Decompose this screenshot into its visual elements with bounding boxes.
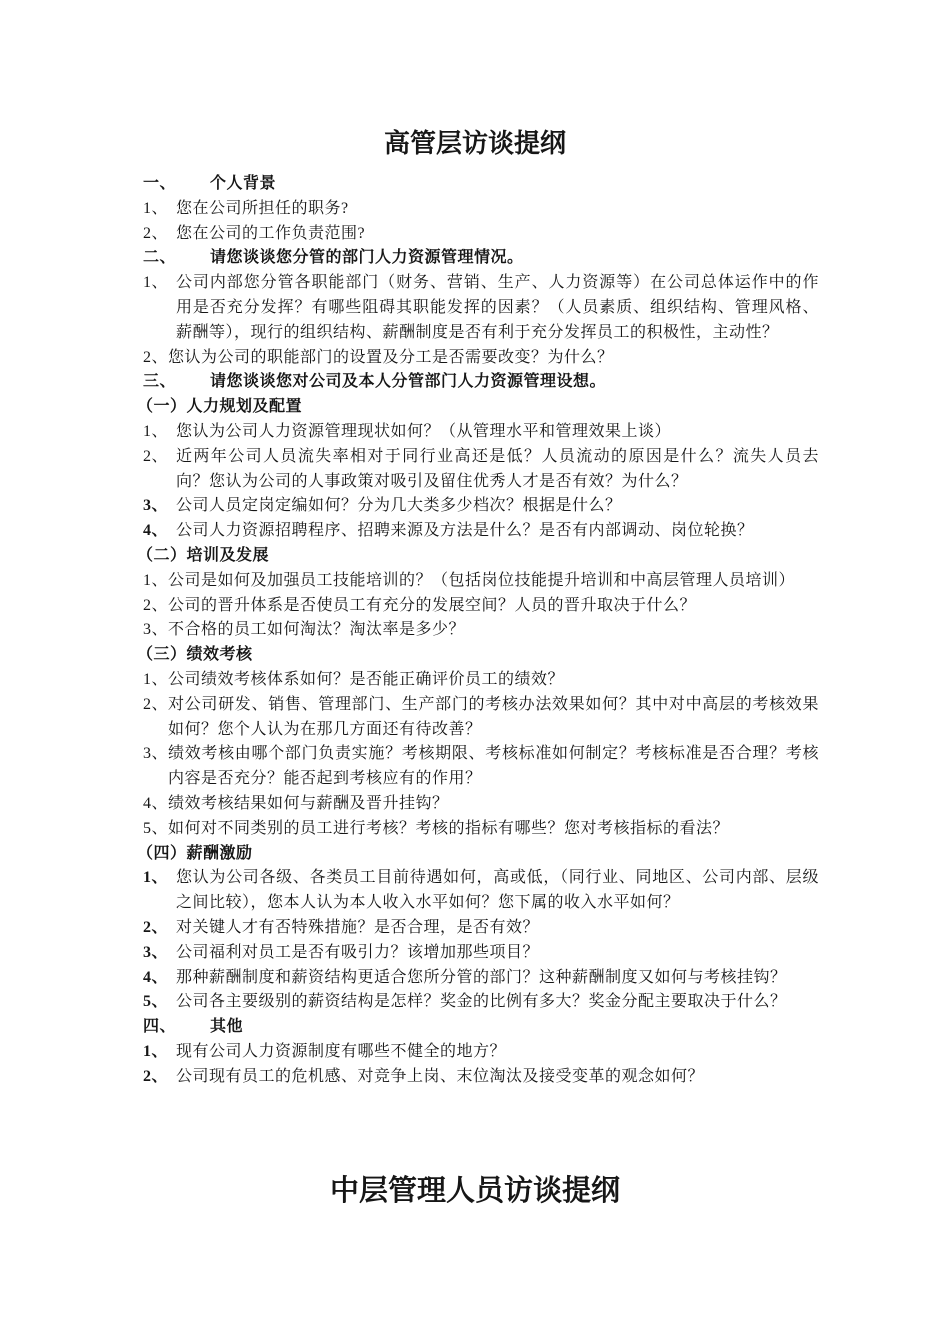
question-item: 5、公司各主要级别的薪资结构是怎样？奖金的比例有多大？奖金分配主要取决于什么？ [143, 990, 819, 1015]
question-text: 对关键人才有否特殊措施？是否合理，是否有效？ [176, 916, 819, 941]
subsection-heading: （三）绩效考核 [137, 643, 819, 668]
question-number: 2、 [143, 693, 168, 743]
question-number: 4、 [143, 966, 176, 991]
question-text: 公司人力资源招聘程序、招聘来源及方法是什么？是否有内部调动、岗位轮换？ [176, 519, 819, 544]
question-number: 2、 [143, 222, 176, 247]
question-item: 2、对关键人才有否特殊措施？是否合理，是否有效？ [143, 916, 819, 941]
question-text: 您认为公司的职能部门的设置及分工是否需要改变？为什么？ [168, 346, 819, 371]
section-heading: 四、其他 [143, 1015, 819, 1040]
question-number: 1、 [143, 271, 176, 345]
question-number: 5、 [143, 817, 168, 842]
question-item: 1、您在公司所担任的职务? [143, 197, 819, 222]
question-text: 公司人员定岗定编如何？分为几大类多少档次？根据是什么？ [176, 494, 819, 519]
question-number: 1、 [143, 866, 176, 916]
question-item: 2、近两年公司人员流失率相对于同行业高还是低？人员流动的原因是什么？流失人员去向… [143, 445, 819, 495]
question-number: 3、 [143, 941, 176, 966]
question-text: 绩效考核由哪个部门负责实施？考核期限、考核标准如何制定？考核标准是否合理？考核内… [168, 742, 819, 792]
question-number: 2、 [143, 346, 168, 371]
question-item: 4、公司人力资源招聘程序、招聘来源及方法是什么？是否有内部调动、岗位轮换？ [143, 519, 819, 544]
question-text: 不合格的员工如何淘汰？淘汰率是多少？ [168, 618, 819, 643]
question-text: 公司的晋升体系是否使员工有充分的发展空间？人员的晋升取决于什么？ [168, 594, 819, 619]
question-number: 1、 [143, 668, 168, 693]
question-number: 1、 [143, 197, 176, 222]
page-title: 高管层访谈提纲 [0, 128, 950, 160]
question-item: 4、绩效考核结果如何与薪酬及晋升挂钩？ [143, 792, 819, 817]
question-number: 3、 [143, 742, 168, 792]
section-heading: 三、请您谈谈您对公司及本人分管部门人力资源管理设想。 [143, 370, 819, 395]
question-item: 2、公司的晋升体系是否使员工有充分的发展空间？人员的晋升取决于什么？ [143, 594, 819, 619]
section-title: 个人背景 [210, 172, 819, 197]
document-body: 一、个人背景1、您在公司所担任的职务?2、您在公司的工作负责范围?二、请您谈谈您… [143, 172, 819, 1089]
question-text: 近两年公司人员流失率相对于同行业高还是低？人员流动的原因是什么？流失人员去向？您… [176, 445, 819, 495]
question-item: 3、绩效考核由哪个部门负责实施？考核期限、考核标准如何制定？考核标准是否合理？考… [143, 742, 819, 792]
question-number: 1、 [143, 569, 168, 594]
question-text: 公司内部您分管各职能部门（财务、营销、生产、人力资源等）在公司总体运作中的作用是… [176, 271, 819, 345]
question-text: 公司福利对员工是否有吸引力？该增加那些项目？ [176, 941, 819, 966]
section-title: 其他 [210, 1015, 819, 1040]
question-item: 2、公司现有员工的危机感、对竞争上岗、末位淘汰及接受变革的观念如何？ [143, 1065, 819, 1090]
question-item: 1、您认为公司人力资源管理现状如何？（从管理水平和管理效果上谈） [143, 420, 819, 445]
question-item: 5、如何对不同类别的员工进行考核？考核的指标有哪些？您对考核指标的看法？ [143, 817, 819, 842]
question-item: 1、公司内部您分管各职能部门（财务、营销、生产、人力资源等）在公司总体运作中的作… [143, 271, 819, 345]
question-number: 5、 [143, 990, 176, 1015]
question-item: 1、公司是如何及加强员工技能培训的？（包括岗位技能提升培训和中高层管理人员培训） [143, 569, 819, 594]
question-text: 公司绩效考核体系如何？是否能正确评价员工的绩效？ [168, 668, 819, 693]
question-number: 1、 [143, 1040, 176, 1065]
question-number: 4、 [143, 792, 168, 817]
question-text: 如何对不同类别的员工进行考核？考核的指标有哪些？您对考核指标的看法？ [168, 817, 819, 842]
question-item: 2、对公司研发、销售、管理部门、生产部门的考核办法效果如何？其中对中高层的考核效… [143, 693, 819, 743]
question-number: 2、 [143, 445, 176, 495]
section-number: 四、 [143, 1015, 210, 1040]
question-text: 您在公司的工作负责范围? [176, 222, 819, 247]
question-text: 那种薪酬制度和薪资结构更适合您所分管的部门？这种薪酬制度又如何与考核挂钩？ [176, 966, 819, 991]
section-number: 二、 [143, 246, 210, 271]
subsection-heading: （二）培训及发展 [137, 544, 819, 569]
question-text: 您认为公司各级、各类员工目前待遇如何，高或低，（同行业、同地区、公司内部、层级之… [176, 866, 819, 916]
question-item: 4、那种薪酬制度和薪资结构更适合您所分管的部门？这种薪酬制度又如何与考核挂钩？ [143, 966, 819, 991]
question-number: 1、 [143, 420, 176, 445]
question-item: 3、不合格的员工如何淘汰？淘汰率是多少？ [143, 618, 819, 643]
section-title: 请您谈谈您对公司及本人分管部门人力资源管理设想。 [210, 370, 819, 395]
question-text: 您在公司所担任的职务? [176, 197, 819, 222]
document-page: 高管层访谈提纲 一、个人背景1、您在公司所担任的职务?2、您在公司的工作负责范围… [0, 0, 950, 1344]
question-item: 1、您认为公司各级、各类员工目前待遇如何，高或低，（同行业、同地区、公司内部、层… [143, 866, 819, 916]
section-title: 请您谈谈您分管的部门人力资源管理情况。 [210, 246, 819, 271]
question-item: 1、公司绩效考核体系如何？是否能正确评价员工的绩效？ [143, 668, 819, 693]
section-number: 三、 [143, 370, 210, 395]
question-item: 3、公司福利对员工是否有吸引力？该增加那些项目？ [143, 941, 819, 966]
question-number: 2、 [143, 594, 168, 619]
question-item: 2、您认为公司的职能部门的设置及分工是否需要改变？为什么？ [143, 346, 819, 371]
question-text: 对公司研发、销售、管理部门、生产部门的考核办法效果如何？其中对中高层的考核效果如… [168, 693, 819, 743]
subsection-heading: （四）薪酬激励 [137, 842, 819, 867]
question-text: 现有公司人力资源制度有哪些不健全的地方？ [176, 1040, 819, 1065]
question-number: 4、 [143, 519, 176, 544]
question-item: 3、公司人员定岗定编如何？分为几大类多少档次？根据是什么？ [143, 494, 819, 519]
section-number: 一、 [143, 172, 210, 197]
question-text: 公司现有员工的危机感、对竞争上岗、末位淘汰及接受变革的观念如何？ [176, 1065, 819, 1090]
question-number: 2、 [143, 1065, 176, 1090]
section-heading: 二、请您谈谈您分管的部门人力资源管理情况。 [143, 246, 819, 271]
next-page-title: 中层管理人员访谈提纲 [0, 1170, 950, 1212]
question-text: 您认为公司人力资源管理现状如何？（从管理水平和管理效果上谈） [176, 420, 819, 445]
question-number: 3、 [143, 494, 176, 519]
question-text: 公司各主要级别的薪资结构是怎样？奖金的比例有多大？奖金分配主要取决于什么？ [176, 990, 819, 1015]
subsection-heading: （一）人力规划及配置 [137, 395, 819, 420]
question-item: 2、您在公司的工作负责范围? [143, 222, 819, 247]
section-heading: 一、个人背景 [143, 172, 819, 197]
question-text: 绩效考核结果如何与薪酬及晋升挂钩？ [168, 792, 819, 817]
question-text: 公司是如何及加强员工技能培训的？（包括岗位技能提升培训和中高层管理人员培训） [168, 569, 819, 594]
question-item: 1、现有公司人力资源制度有哪些不健全的地方？ [143, 1040, 819, 1065]
question-number: 3、 [143, 618, 168, 643]
question-number: 2、 [143, 916, 176, 941]
